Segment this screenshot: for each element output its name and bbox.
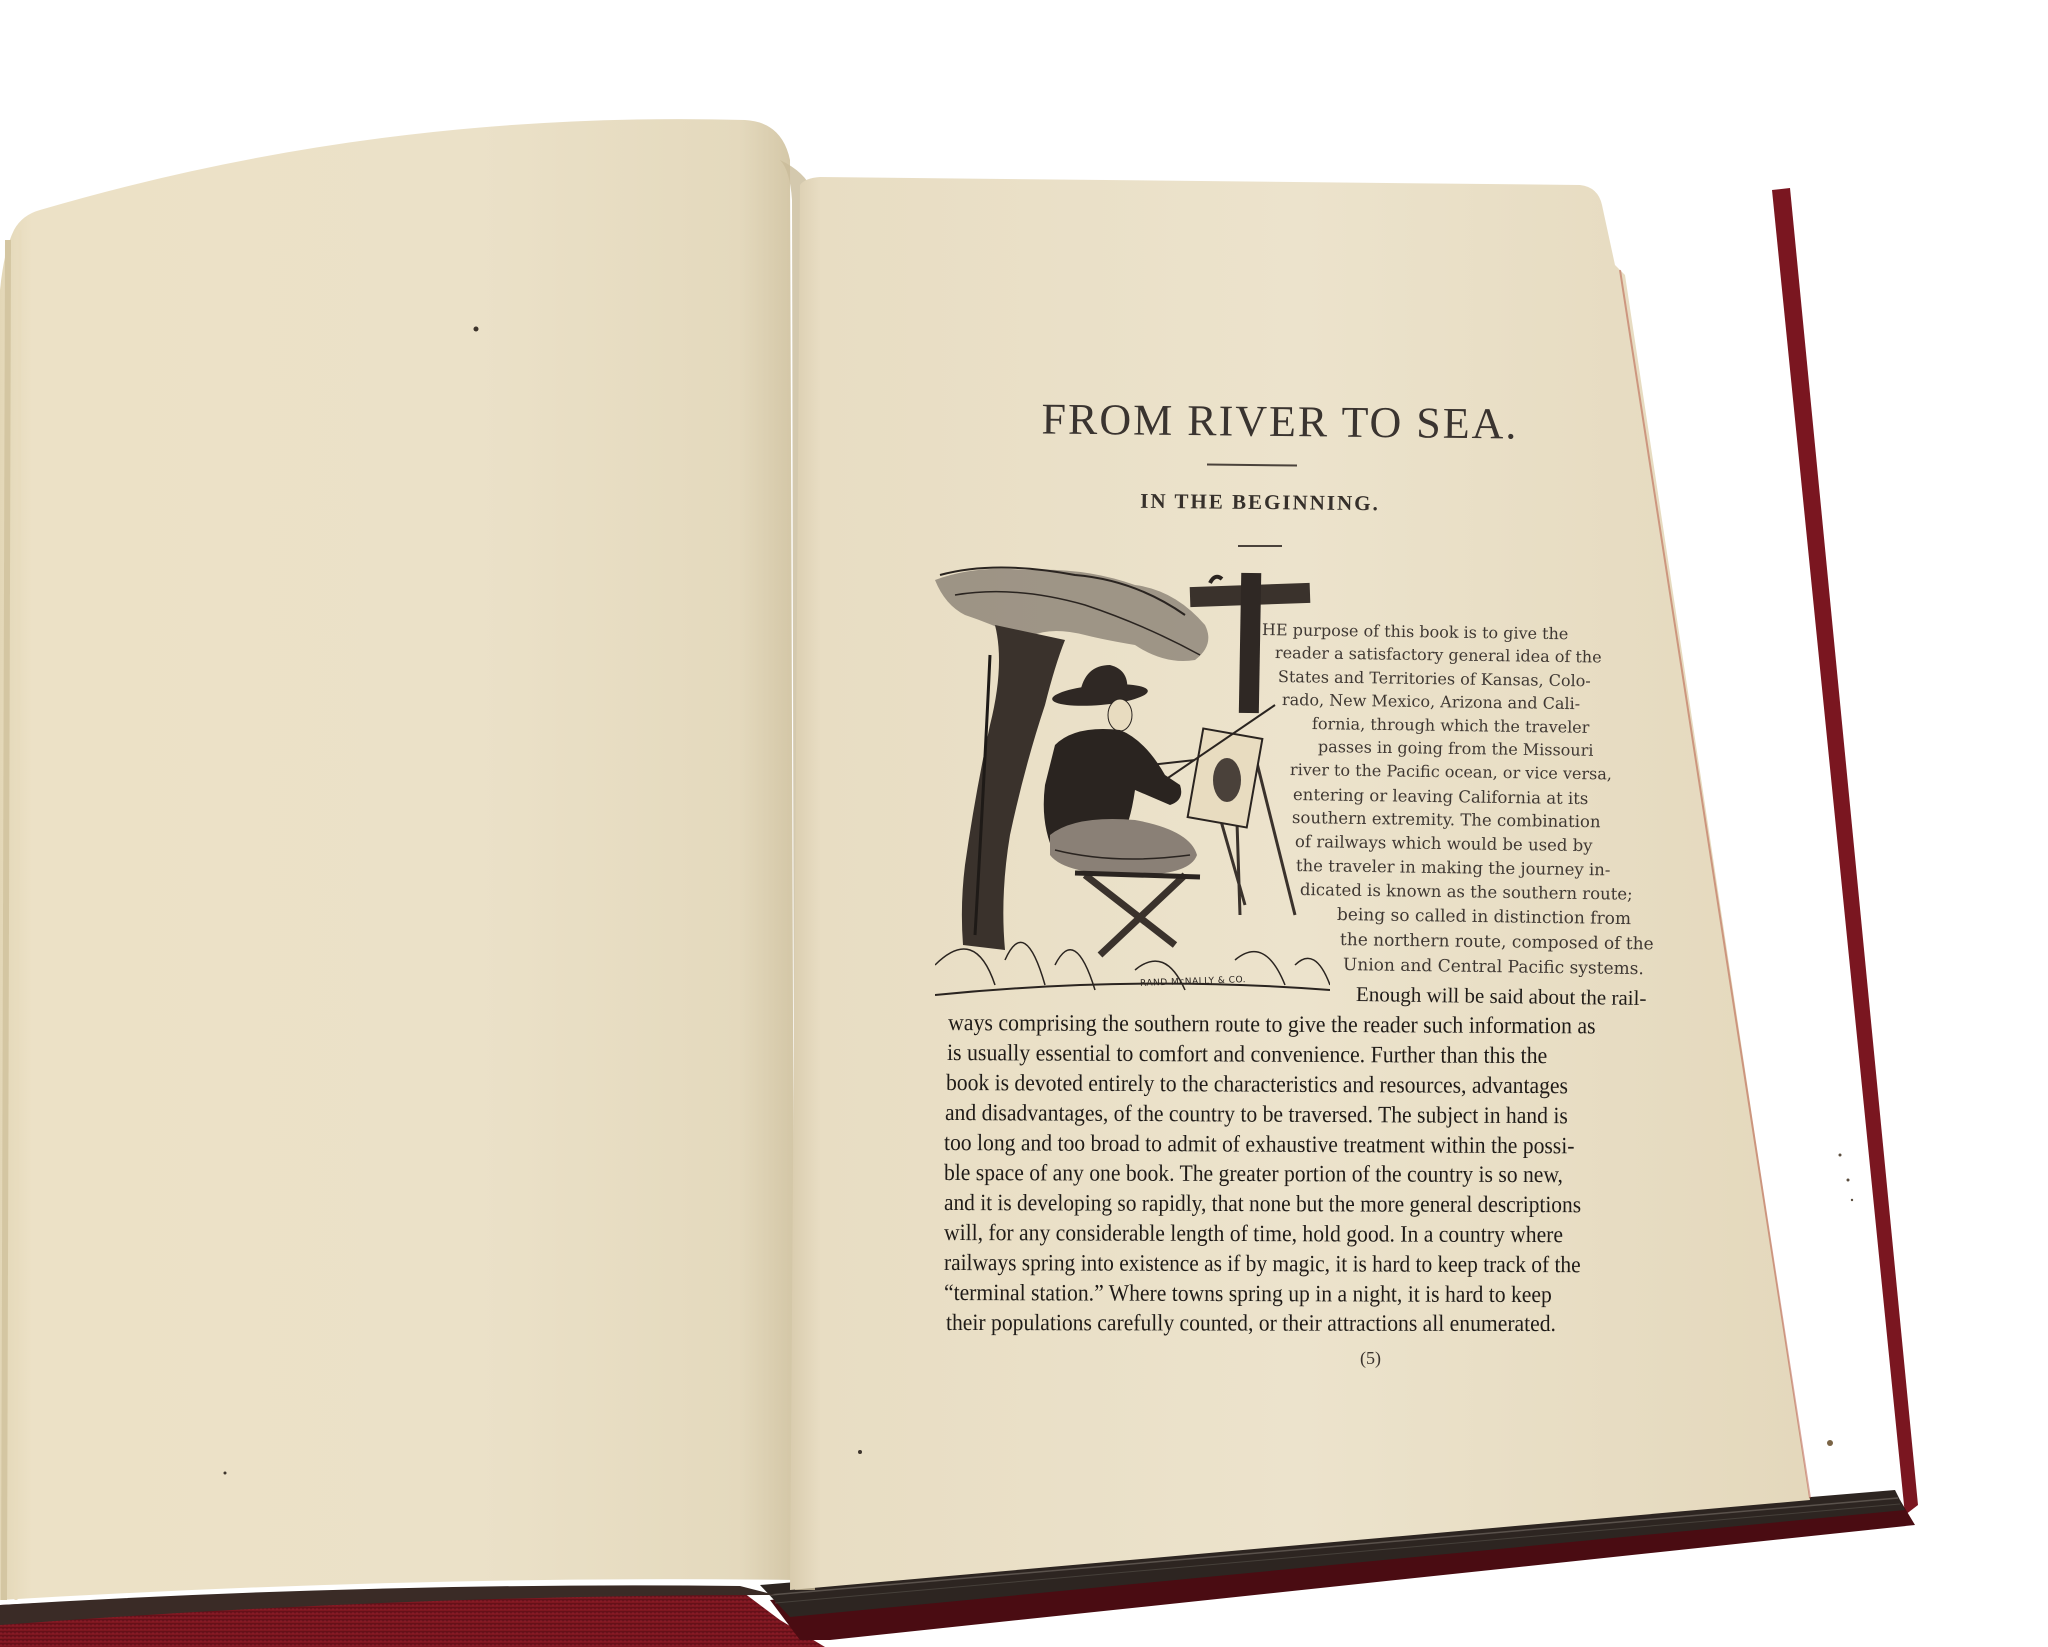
text-line: railways spring into existence as if by … bbox=[944, 1250, 1581, 1279]
text-line: and disadvantages, of the country to be … bbox=[945, 1100, 1568, 1130]
text-line: their populations carefully counted, or … bbox=[946, 1310, 1556, 1338]
text-line: being so called in distinction from bbox=[1337, 905, 1631, 929]
left-page bbox=[0, 119, 795, 1600]
open-book-photo: FROM RIVER TO SEA. IN THE BEGINNING. bbox=[0, 0, 2048, 1647]
text-line: fornia, through which the traveler bbox=[1312, 714, 1590, 737]
text-line: and it is developing so rapidly, that no… bbox=[944, 1190, 1581, 1219]
page-number: (5) bbox=[1360, 1348, 1381, 1369]
text-line: will, for any considerable length of tim… bbox=[944, 1220, 1563, 1249]
chapter-title: FROM RIVER TO SEA. bbox=[990, 393, 1571, 450]
text-line: ways comprising the southern route to gi… bbox=[948, 1010, 1596, 1040]
section-divider bbox=[1238, 545, 1282, 547]
section-heading: IN THE BEGINNING. bbox=[1080, 488, 1440, 517]
text-line: book is devoted entirely to the characte… bbox=[946, 1070, 1568, 1100]
text-line: “terminal station.” Where towns spring u… bbox=[944, 1280, 1552, 1309]
text-line: Enough will be said about the rail- bbox=[1356, 982, 1647, 1011]
text-line: passes in going from the Missouri bbox=[1318, 737, 1594, 760]
text-line: too long and too broad to admit of exhau… bbox=[944, 1130, 1575, 1160]
text-line: is usually essential to comfort and conv… bbox=[947, 1040, 1547, 1070]
right-cover-edge bbox=[1772, 188, 1918, 1515]
text-line: ble space of any one book. The greater p… bbox=[944, 1160, 1563, 1189]
text-line: Union and Central Pacific systems. bbox=[1343, 955, 1644, 979]
